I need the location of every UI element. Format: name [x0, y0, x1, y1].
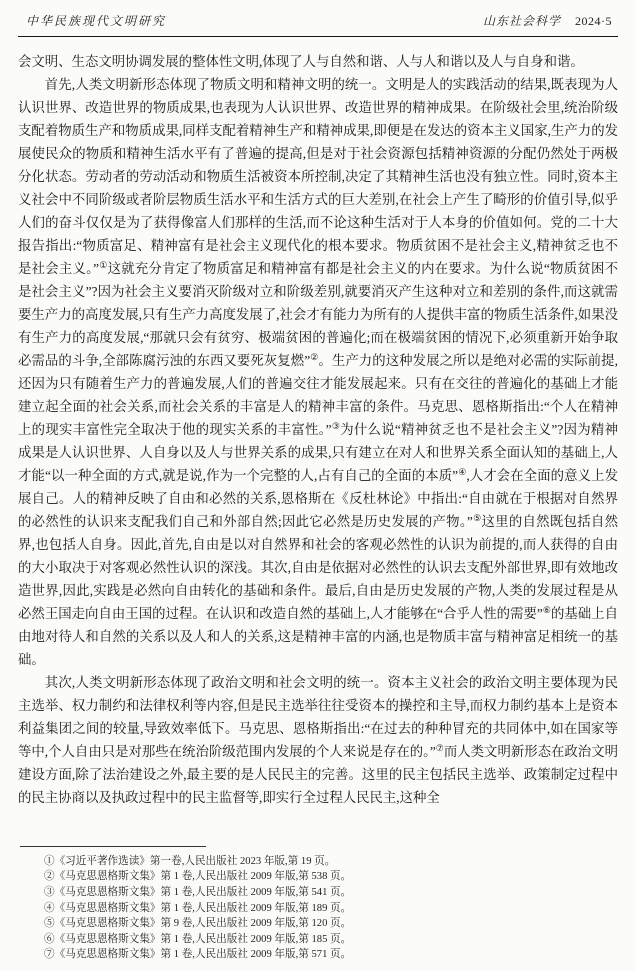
body-paragraph: 首先,人类文明新形态体现了物质文明和精神文明的统一。文明是人的实践活动的结果,既… — [18, 73, 618, 671]
footnote: ⑦《马克思恩格斯文集》第 1 卷,人民出版社 2009 年版,第 571 页。 — [44, 947, 618, 963]
footnote-list: ①《习近平著作选读》第一卷,人民出版社 2023 年版,第 19 页。 ②《马克… — [18, 854, 618, 963]
body-paragraph: 其次,人类文明新形态体现了政治文明和社会文明的统一。资本主义社会的政治文明主要体… — [18, 671, 618, 809]
footnote: ④《马克思恩格斯文集》第 1 卷,人民出版社 2009 年版,第 189 页。 — [44, 901, 618, 917]
column-title: 中华民族现代文明研究 — [26, 14, 166, 29]
footnote-separator-rule — [20, 846, 206, 847]
footnote: ⑥《马克思恩格斯文集》第 1 卷,人民出版社 2009 年版,第 185 页。 — [44, 932, 618, 948]
journal-page: 中华民族现代文明研究 山东社会科学 2024·5 会文明、生态文明协调发展的整体… — [0, 0, 636, 971]
footnote: ⑤《马克思恩格斯文集》第 9 卷,人民出版社 2009 年版,第 120 页。 — [44, 916, 618, 932]
running-header: 中华民族现代文明研究 山东社会科学 2024·5 — [18, 14, 618, 29]
article-body: 会文明、生态文明协调发展的整体性文明,体现了人与自然和谐、人与人和谐以及人与自身… — [18, 50, 618, 809]
journal-name: 山东社会科学 — [483, 14, 561, 29]
footnote: ①《习近平著作选读》第一卷,人民出版社 2023 年版,第 19 页。 — [44, 854, 618, 870]
footnote-section: ①《习近平著作选读》第一卷,人民出版社 2023 年版,第 19 页。 ②《马克… — [18, 846, 618, 963]
header-rule — [18, 36, 618, 37]
footnote: ③《马克思恩格斯文集》第 1 卷,人民出版社 2009 年版,第 541 页。 — [44, 885, 618, 901]
journal-block: 山东社会科学 2024·5 — [483, 14, 612, 29]
issue-number: 2024·5 — [575, 14, 612, 29]
body-paragraph: 会文明、生态文明协调发展的整体性文明,体现了人与自然和谐、人与人和谐以及人与自身… — [18, 50, 618, 73]
footnote: ②《马克思恩格斯文集》第 1 卷,人民出版社 2009 年版,第 538 页。 — [44, 869, 618, 885]
